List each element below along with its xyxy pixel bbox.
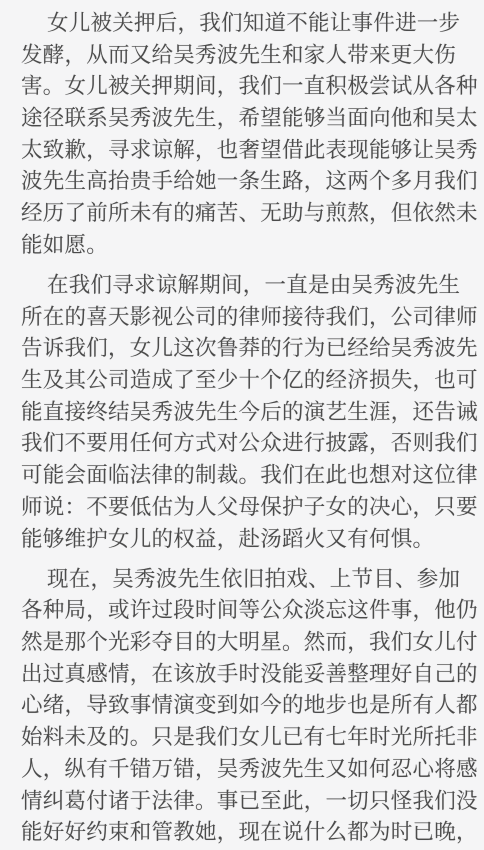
- text-line: 发酵，从而又给吴秀波先生和家人带来更大伤: [21, 40, 478, 72]
- text-line: 然是那个光彩夺目的大明星。然而，我们女儿付: [21, 627, 478, 659]
- text-line: 经历了前所未有的痛苦、无助与煎熬，但依然未: [21, 198, 478, 230]
- letter-body: 女儿被关押后，我们知道不能让事件进一步发酵，从而又给吴秀波先生和家人带来更大伤害…: [0, 0, 484, 849]
- text-line: 心绪，导致事情演变到如今的地步也是所有人都: [21, 690, 478, 722]
- text-line: 波先生高抬贵手给她一条生路，这两个多月我们: [21, 166, 478, 198]
- text-line: 能如愿。: [21, 230, 478, 262]
- text-line: 可能会面临法律的制裁。我们在此也想对这位律: [21, 460, 478, 492]
- text-line: 途径联系吴秀波先生，希望能够当面向他和吴太: [21, 103, 478, 135]
- text-line: 能直接终结吴秀波先生今后的演艺生涯，还告诫: [21, 397, 478, 429]
- text-line: 情纠葛付诸于法律。事已至此，一切只怪我们没: [21, 786, 478, 818]
- text-line: 师说：不要低估为人父母保护子女的决心，只要: [21, 492, 478, 524]
- text-line: 能够维护女儿的权益，赴汤蹈火又有何惧。: [21, 524, 478, 556]
- text-line: 各种局，或许过段时间等公众淡忘这件事，他仍: [21, 595, 478, 627]
- text-line: 现在，吴秀波先生依旧拍戏、上节目、参加: [21, 564, 478, 596]
- text-line: 我们不要用任何方式对公众进行披露，否则我们: [21, 428, 478, 460]
- paragraph: 现在，吴秀波先生依旧拍戏、上节目、参加各种局，或许过段时间等公众淡忘这件事，他仍…: [21, 564, 478, 849]
- text-line: 出过真感情，在该放手时没能妥善整理好自己的: [21, 659, 478, 691]
- text-line: 在我们寻求谅解期间，一直是由吴秀波先生: [21, 270, 478, 302]
- text-line: 始料未及的。只是我们女儿已有七年时光所托非: [21, 722, 478, 754]
- paragraph: 在我们寻求谅解期间，一直是由吴秀波先生所在的喜天影视公司的律师接待我们，公司律师…: [21, 270, 478, 555]
- text-line: 女儿被关押后，我们知道不能让事件进一步: [21, 8, 478, 40]
- text-line: 能好好约束和管教她，现在说什么都为时已晚，: [21, 817, 478, 849]
- text-line: 生及其公司造成了至少十个亿的经济损失，也可: [21, 365, 478, 397]
- text-line: 太致歉，寻求谅解，也奢望借此表现能够让吴秀: [21, 135, 478, 167]
- text-line: 害。女儿被关押期间，我们一直积极尝试从各种: [21, 71, 478, 103]
- text-line: 人，纵有千错万错，吴秀波先生又如何忍心将感: [21, 754, 478, 786]
- paragraph: 女儿被关押后，我们知道不能让事件进一步发酵，从而又给吴秀波先生和家人带来更大伤害…: [21, 8, 478, 262]
- text-line: 所在的喜天影视公司的律师接待我们，公司律师: [21, 302, 478, 334]
- text-line: 告诉我们，女儿这次鲁莽的行为已经给吴秀波先: [21, 333, 478, 365]
